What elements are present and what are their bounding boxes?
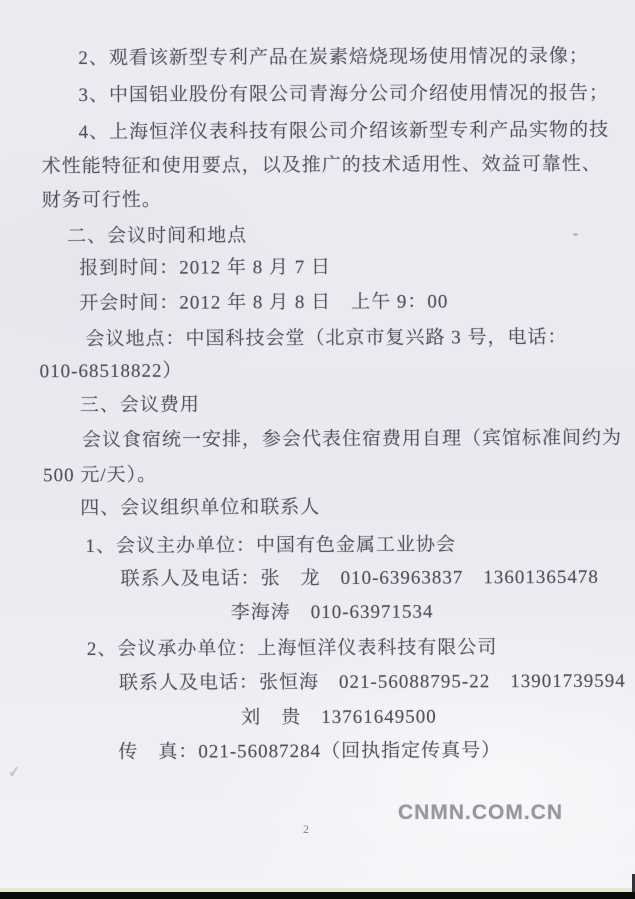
text-line: 010-68518822）: [40, 360, 183, 385]
text-line: 会议地点：中国科技会堂（北京市复兴路 3 号，电话：: [85, 326, 567, 352]
text-line: 传 真：021-56087284（回执指定传真号）: [118, 739, 501, 765]
text-line: 财务可行性。: [42, 189, 162, 214]
text-line: 联系人及电话：张 龙 010-63963837 13601365478: [121, 566, 599, 592]
page-number: 2: [303, 822, 309, 837]
text-line: 报到时间：2012 年 8 月 7 日: [79, 256, 331, 281]
text-line: 会议食宿统一安排，参会代表住宿费用自理（宾馆标准间约为: [82, 427, 622, 453]
text-line: 1、会议主办单位：中国有色金属工业协会: [85, 533, 456, 559]
text-line: 四、会议组织单位和联系人: [80, 496, 320, 521]
scan-artifact-checkmark: ✔: [7, 762, 22, 783]
text-line: 3、中国铝业股份有限公司青海分公司介绍使用情况的报告；: [78, 82, 609, 108]
text-line: 2、会议承办单位：上海恒洋仪表科技有限公司: [87, 636, 498, 662]
text-line: 术性能特征和使用要点，以及推广的技术适用性、效益可靠性、: [42, 153, 602, 179]
scan-edge-black-bar: [0, 892, 635, 899]
text-line: 二、会议时间和地点: [67, 224, 247, 249]
text-line: 联系人及电话：张恒海 021-56088795-22 13901739594: [119, 670, 626, 696]
text-line: 4、上海恒洋仪表科技有限公司介绍该新型专利产品实物的技: [79, 119, 610, 145]
scanned-document-page: 2、观看该新型专利产品在炭素焙烧现场使用情况的录像；3、中国铝业股份有限公司青海…: [0, 0, 635, 899]
text-line: 三、会议费用: [80, 394, 200, 419]
text-line: 开会时间：2012 年 8 月 8 日 上午 9：00: [79, 290, 448, 316]
text-line: 500 元/天）。: [43, 464, 157, 488]
text-line: 2、观看该新型专利产品在炭素焙烧现场使用情况的录像；: [78, 45, 589, 71]
scan-artifact-dot: [573, 233, 578, 236]
watermark-text: CNMN.COM.CN: [398, 801, 563, 825]
text-line: 刘 贵 13761649500: [241, 705, 437, 730]
text-line: 李海涛 010-63971534: [231, 600, 434, 625]
document-body: 2、观看该新型专利产品在炭素焙烧现场使用情况的录像；3、中国铝业股份有限公司青海…: [0, 0, 635, 899]
